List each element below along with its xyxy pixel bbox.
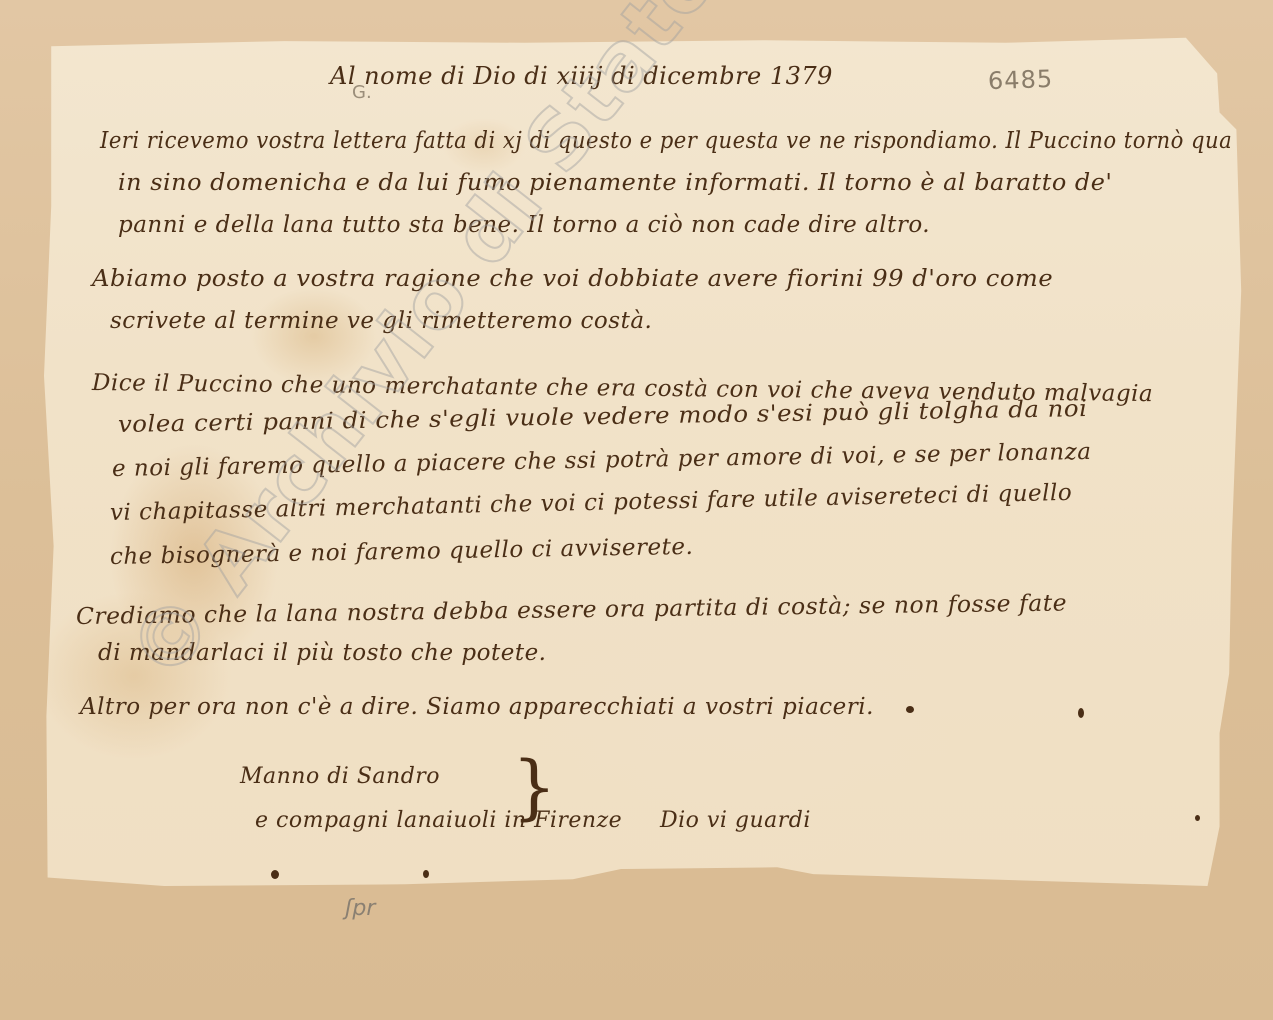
ink-blot <box>1195 815 1200 821</box>
archive-number: 6485 <box>988 65 1054 95</box>
signature-closing: Dio vi guardi <box>660 808 811 833</box>
signature-firm: e compagni lanaiuoli in Firenze <box>255 808 622 833</box>
letter-line: panni e della lana tutto sta bene. Il to… <box>118 212 930 238</box>
signature-name: Manno di Sandro <box>240 764 440 789</box>
bottom-pencil-mark: ʃpr <box>345 896 375 921</box>
letter-line: di mandarlaci il più tosto che potete. <box>98 640 547 666</box>
ink-blot <box>423 870 429 878</box>
ink-blot <box>906 706 914 713</box>
letter-line: scrivete al termine ve gli rimetteremo c… <box>110 308 652 334</box>
ink-blot <box>1078 708 1084 718</box>
letter-line: Altro per ora non c'è a dire. Siamo appa… <box>80 694 874 720</box>
letter-dateline: Al nome di Dio di xiiij di dicembre 1379 <box>330 62 833 90</box>
ink-blot <box>271 870 279 879</box>
letter-line: in sino domenicha e da lui fumo pienamen… <box>118 170 1112 196</box>
letter-line: Ieri ricevemo vostra lettera fatta di xj… <box>100 128 1232 154</box>
letter-line: Abiamo posto a vostra ragione che voi do… <box>92 266 1053 292</box>
signature-brace: } <box>512 752 557 822</box>
